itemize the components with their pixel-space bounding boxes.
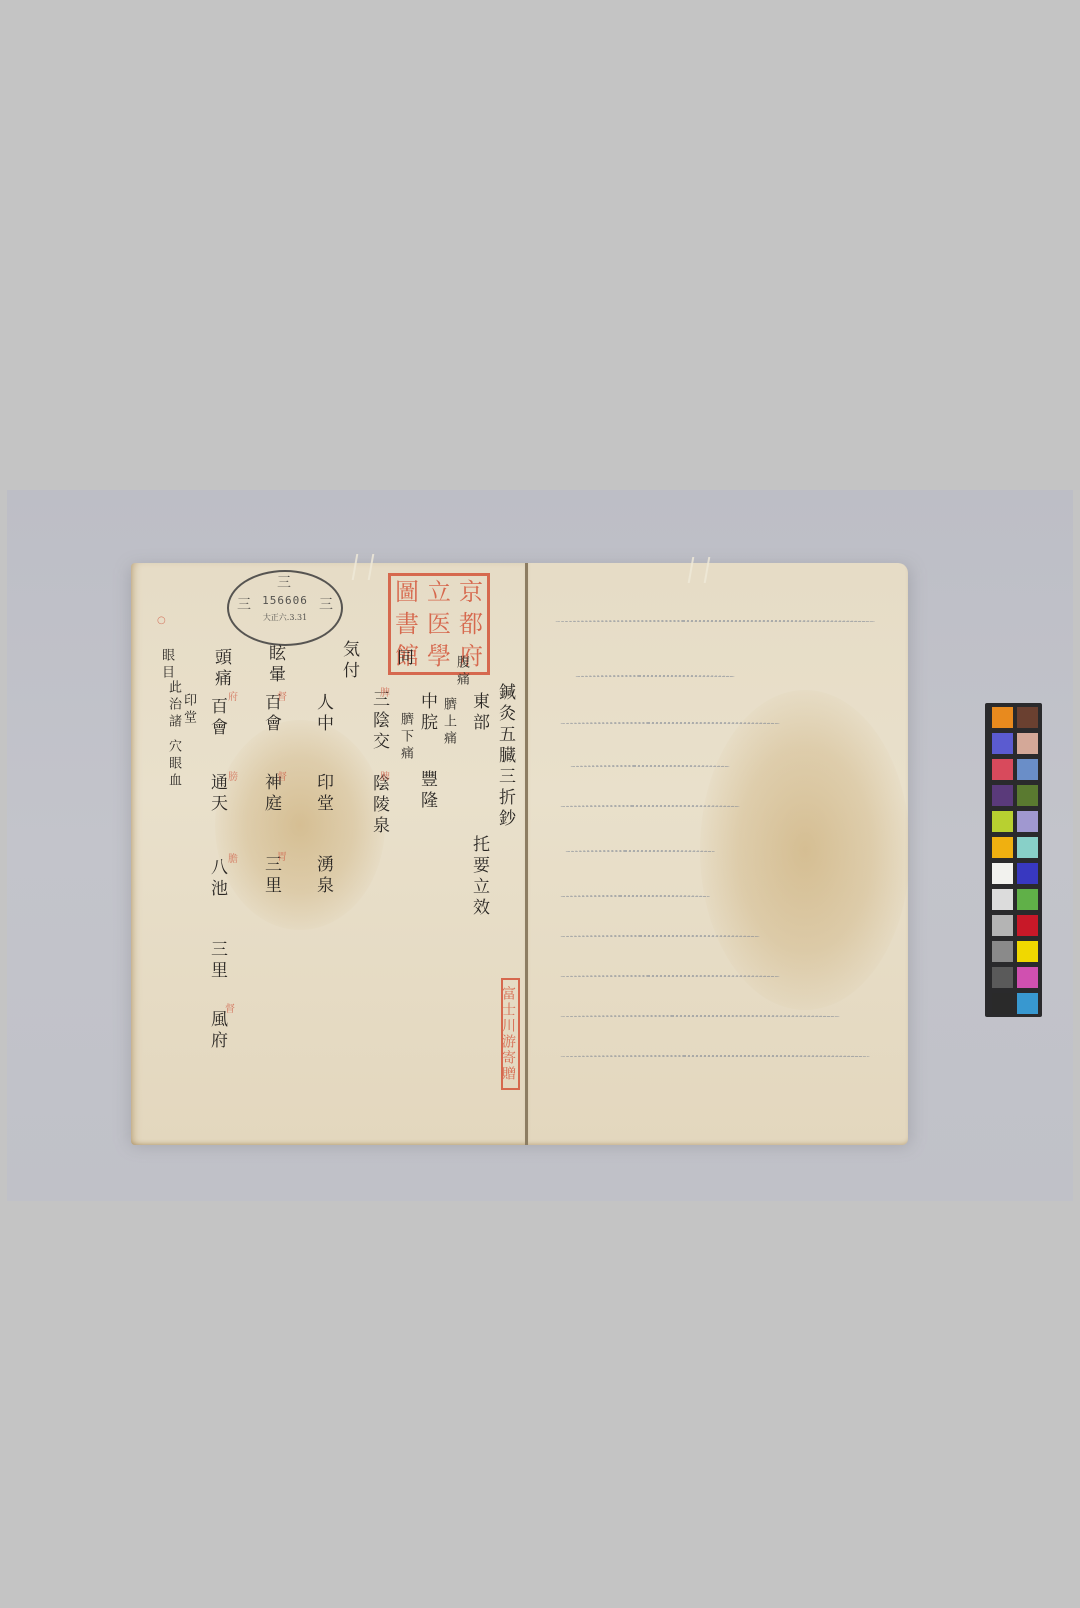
text-column: 三里 (208, 940, 225, 982)
water-stain (700, 690, 910, 1010)
red-annotation-mark: 督 (277, 688, 287, 703)
water-stain (215, 720, 385, 930)
color-chip (1017, 993, 1038, 1014)
red-annotation-mark: 府 (228, 688, 238, 703)
color-chip (1017, 889, 1038, 910)
text-column: 湧泉 (314, 855, 331, 897)
text-column: 腹痛 (455, 655, 468, 689)
library-accession-stamp: 三 三 三 156606 大正六.3.31 (227, 570, 343, 646)
accession-date: 大正六.3.31 (229, 612, 341, 623)
red-annotation-mark: 膽 (228, 850, 238, 865)
show-through-script (560, 1055, 870, 1059)
text-column: 通天 (208, 773, 225, 815)
seal-char: 京 (455, 576, 487, 608)
color-calibration-chart (985, 703, 1042, 1017)
color-chip (1017, 967, 1038, 988)
color-chip (1017, 707, 1038, 728)
color-chip (992, 785, 1013, 806)
show-through-script (555, 620, 875, 624)
color-chip (992, 967, 1013, 988)
color-chip (1017, 733, 1038, 754)
show-through-script (560, 935, 760, 939)
color-chip (1017, 785, 1038, 806)
text-column: 東部 (470, 692, 487, 734)
color-chip (992, 811, 1013, 832)
text-column: 人中 (314, 693, 331, 735)
red-annotation-mark: 胃 (277, 848, 287, 863)
color-chip (1017, 941, 1038, 962)
show-through-script (560, 1015, 840, 1019)
color-chip (992, 837, 1013, 858)
show-through-script (560, 975, 780, 979)
text-column: 三陰交 (370, 690, 387, 753)
color-chip (1017, 811, 1038, 832)
text-column: 風府 (208, 1010, 225, 1052)
text-column: 頭痛 (212, 648, 229, 690)
color-chip (1017, 863, 1038, 884)
seal-char: 圖 (391, 576, 423, 608)
red-annotation-mark: 督 (277, 768, 287, 783)
text-column: 托要立效 (470, 835, 487, 919)
red-annotation-mark: 膀 (228, 768, 238, 783)
show-through-script (560, 722, 780, 726)
accession-number: 156606 (229, 594, 341, 607)
color-chip (992, 889, 1013, 910)
color-chip (992, 707, 1013, 728)
color-chip (992, 993, 1013, 1014)
show-through-script (560, 805, 740, 809)
text-column: 同 (394, 648, 411, 669)
red-annotation-mark: 督 (225, 1000, 235, 1015)
text-column: 此治諸 穴眼血 (152, 680, 180, 790)
text-column: 陰陵泉 (370, 774, 387, 837)
show-through-script (560, 895, 710, 899)
text-column: 気付 (340, 640, 357, 682)
text-column: 眩暈 (266, 644, 283, 686)
seal-char: 立 (423, 576, 455, 608)
color-chip (992, 759, 1013, 780)
seal-char: 都 (455, 608, 487, 640)
red-annotation-mark: 脾 (380, 768, 390, 783)
seal-char: 學 (423, 640, 455, 672)
book-title: 鍼灸五臓三折鈔 (496, 683, 513, 830)
color-chip (992, 915, 1013, 936)
color-chip (992, 863, 1013, 884)
color-chip (1017, 837, 1038, 858)
text-column: 中脘 (418, 692, 435, 734)
red-annotation-mark: 脾 (380, 684, 390, 699)
text-column: 臍下痛 (399, 712, 412, 763)
color-chip (992, 941, 1013, 962)
donation-seal: 富士川游寄贈 (501, 978, 520, 1090)
show-through-script (565, 850, 715, 854)
text-column: 臍上痛 (442, 697, 455, 748)
seal-char: 書 (391, 608, 423, 640)
red-annotation-mark: ○ (157, 615, 166, 626)
book-gutter (525, 563, 528, 1145)
color-chip (1017, 759, 1038, 780)
text-column: 豐隆 (418, 770, 435, 812)
text-column: 八池 (208, 858, 225, 900)
color-chip (992, 733, 1013, 754)
show-through-script (575, 675, 735, 679)
text-column: 印堂 (182, 693, 195, 727)
text-column: 百會 (208, 697, 225, 739)
text-column: 印堂 (314, 773, 331, 815)
color-chip (1017, 915, 1038, 936)
show-through-script (570, 765, 730, 769)
seal-char: 医 (423, 608, 455, 640)
text-column: 眼目 (160, 648, 173, 682)
